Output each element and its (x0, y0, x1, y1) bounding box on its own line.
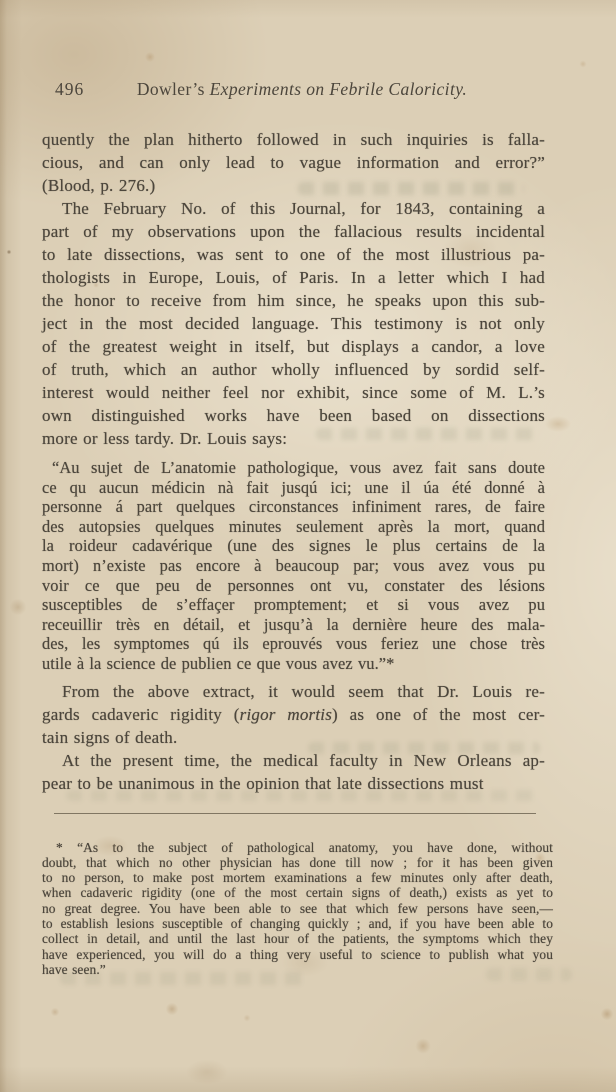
text-line: of the greatest weight in itself, but di… (42, 335, 545, 358)
text-line: have seen.” (42, 962, 553, 977)
text-segment: interest would neither feel nor exhibit,… (42, 383, 545, 402)
text-segment: ject in the most decided language. This … (42, 314, 545, 333)
text-line: pear to be unanimous in the opinion that… (42, 772, 545, 795)
text-line: At the present time, the medical faculty… (42, 749, 545, 772)
text-line: receuillir très en détail, et jusqu’à la… (42, 615, 545, 635)
text-line: voir ce que peu de personnes ont vu, con… (42, 576, 545, 596)
text-segment: to no person, to make post mortem examin… (42, 870, 553, 885)
paragraph: The February No. of this Journal, for 18… (42, 197, 545, 450)
text-segment: own distinguished works have been based … (42, 406, 545, 425)
running-title-italic: Experiments on Febrile Caloricity. (210, 79, 468, 99)
text-line: ject in the most decided language. This … (42, 312, 545, 335)
text-line: the honor to receive from him since, he … (42, 289, 545, 312)
text-line: no great degree. You have been able to s… (42, 901, 553, 916)
text-segment: doubt, that which no other physician has… (42, 855, 553, 870)
text-line: quently the plan hitherto followed in su… (42, 128, 545, 151)
text-segment: la roideur cadavérique (une des signes l… (42, 536, 545, 555)
text-line: when cadaveric rigidity (one of the most… (42, 885, 553, 900)
text-line: des, les symptomes qú ils eprouvés vous … (42, 634, 545, 654)
text-line: cious, and can only lead to vague inform… (42, 151, 545, 174)
text-segment: have seen.” (42, 962, 106, 977)
text-segment: the honor to receive from him since, he … (42, 291, 545, 310)
text-segment: At the present time, the medical faculty… (62, 751, 545, 770)
text-line: interest would neither feel nor exhibit,… (42, 381, 545, 404)
text-segment: part of my observations upon the fallaci… (42, 222, 545, 241)
text-segment: of the greatest weight in itself, but di… (42, 337, 545, 356)
text-line: part of my observations upon the fallaci… (42, 220, 545, 243)
running-title: Dowler’s Experiments on Febrile Calorici… (0, 79, 610, 100)
text-segment: utile à la science de publien ce que vou… (42, 654, 394, 673)
text-line: mort) n’existe pas encore à beaucoup par… (42, 556, 545, 576)
text-segment: gards cadaveric rigidity ( (42, 705, 240, 724)
page-header: 496 Dowler’s Experiments on Febrile Calo… (0, 0, 616, 100)
page-body: quently the plan hitherto followed in su… (42, 128, 545, 795)
text-line: The February No. of this Journal, for 18… (42, 197, 545, 220)
text-segment: voir ce que peu de personnes ont vu, con… (42, 576, 545, 595)
text-line: la roideur cadavérique (une des signes l… (42, 536, 545, 556)
text-line: thologists in Europe, Louis, of Paris. I… (42, 266, 545, 289)
text-segment: mort) n’existe pas encore à beaucoup par… (42, 556, 545, 575)
text-line: susceptibles de s’effaçer promptement; e… (42, 595, 545, 615)
text-segment: thologists in Europe, Louis, of Paris. I… (42, 268, 545, 287)
text-line: of truth, which an author wholly influen… (42, 358, 545, 381)
text-segment: receuillir très en détail, et jusqu’à la… (42, 615, 545, 634)
text-segment: quently the plan hitherto followed in su… (42, 130, 545, 149)
text-line: From the above extract, it would seem th… (42, 680, 545, 703)
text-line: have experienced, you will do a thing ve… (42, 947, 553, 962)
footnote-rule (54, 813, 536, 814)
text-segment: The February No. of this Journal, for 18… (62, 199, 545, 218)
text-segment: (Blood, p. 276.) (42, 176, 155, 195)
text-segment: personne á part quelques circonstances i… (42, 497, 545, 516)
text-segment: From the above extract, it would seem th… (62, 682, 545, 701)
text-line: to establish lesions susceptible of chan… (42, 916, 553, 931)
text-segment: tain signs of death. (42, 728, 177, 747)
text-segment: pear to be unanimous in the opinion that… (42, 774, 484, 793)
paragraph: quently the plan hitherto followed in su… (42, 128, 545, 197)
text-line: ce qu aucun médicin nà fait jusqú ici; u… (42, 478, 545, 498)
text-segment: to late dissections, was sent to one of … (42, 245, 545, 264)
running-title-author: Dowler’s (137, 79, 210, 99)
text-line: more or less tardy. Dr. Louis says: (42, 427, 545, 450)
text-line: tain signs of death. (42, 726, 545, 749)
text-segment: to establish lesions susceptible of chan… (42, 916, 553, 931)
text-line: own distinguished works have been based … (42, 404, 545, 427)
text-segment: des autopsies quelques minutes seulement… (42, 517, 545, 536)
text-line: gards cadaveric rigidity (rigor mortis) … (42, 703, 545, 726)
text-segment: when cadaveric rigidity (one of the most… (42, 885, 553, 900)
text-segment: more or less tardy. Dr. Louis says: (42, 429, 287, 448)
text-segment: * “As to the subject of pathological ana… (56, 840, 553, 855)
text-segment: no great degree. You have been able to s… (42, 901, 553, 916)
text-line: des autopsies quelques minutes seulement… (42, 517, 545, 537)
text-segment: of truth, which an author wholly influen… (42, 360, 545, 379)
text-line: personne á part quelques circonstances i… (42, 497, 545, 517)
text-line: utile à la science de publien ce que vou… (42, 654, 545, 674)
text-segment: ) as one of the most cer- (332, 705, 545, 724)
footnote: * “As to the subject of pathological ana… (42, 840, 553, 978)
paragraph: From the above extract, it would seem th… (42, 680, 545, 749)
text-line: (Blood, p. 276.) (42, 174, 545, 197)
text-line: collect in detail, and until the last ho… (42, 931, 553, 946)
text-line: * “As to the subject of pathological ana… (42, 840, 553, 855)
text-segment: ce qu aucun médicin nà fait jusqú ici; u… (42, 478, 545, 497)
quoted-extract: “Au sujet de L’anatomie pathologique, vo… (42, 458, 545, 674)
text-line: to late dissections, was sent to one of … (42, 243, 545, 266)
text-line: “Au sujet de L’anatomie pathologique, vo… (42, 458, 545, 478)
italic-text: rigor mortis (240, 705, 332, 724)
text-segment: cious, and can only lead to vague inform… (42, 153, 545, 172)
text-segment: susceptibles de s’effaçer promptement; e… (42, 595, 545, 614)
book-page: 496 Dowler’s Experiments on Febrile Calo… (0, 0, 616, 1092)
text-segment: des, les symptomes qú ils eprouvés vous … (42, 634, 545, 653)
paragraph: At the present time, the medical faculty… (42, 749, 545, 795)
text-line: to no person, to make post mortem examin… (42, 870, 553, 885)
text-segment: collect in detail, and until the last ho… (42, 931, 553, 946)
text-segment: have experienced, you will do a thing ve… (42, 947, 553, 962)
text-line: doubt, that which no other physician has… (42, 855, 553, 870)
text-segment: “Au sujet de L’anatomie pathologique, vo… (52, 458, 545, 477)
